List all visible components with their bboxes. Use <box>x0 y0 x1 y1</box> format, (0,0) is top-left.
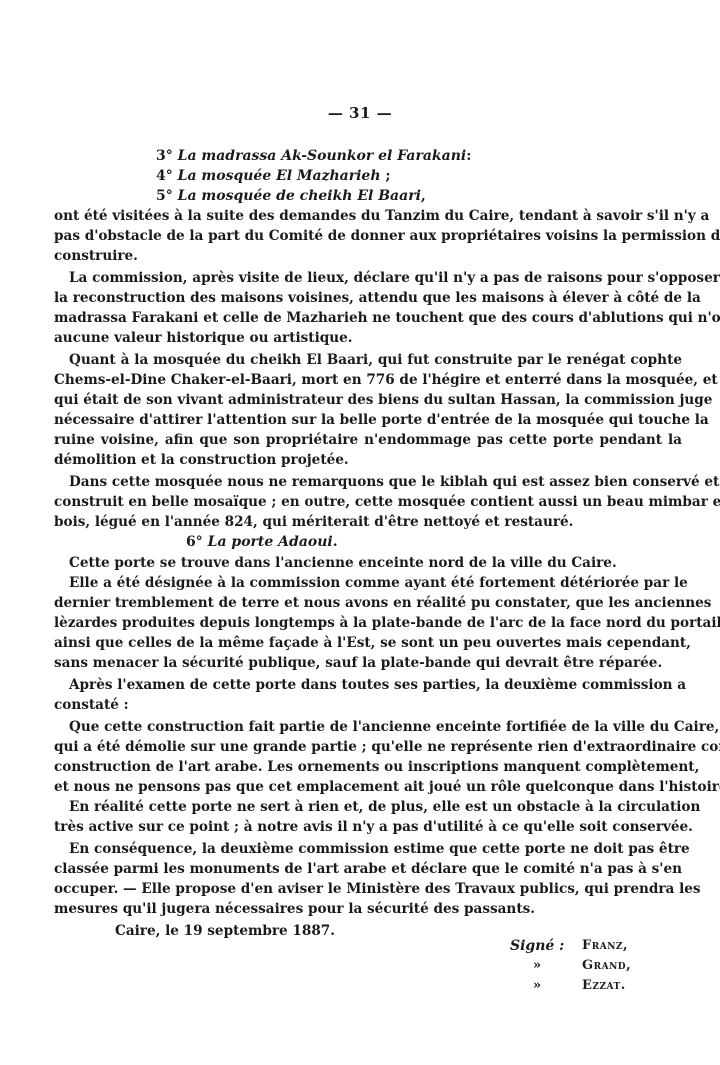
text-line: démolition et la construction projetée. <box>54 450 682 470</box>
text-line: mesures qu'il jugera nécessaires pour la… <box>54 899 682 919</box>
text-line: madrassa Farakani et celle de Mazharieh … <box>54 308 682 328</box>
text-line: dernier tremblement de terre et nous avo… <box>54 593 682 613</box>
text-line: bois, légué en l'année 824, qui méritera… <box>54 512 682 532</box>
text-line: Après l'examen de cette porte dans toute… <box>69 675 682 695</box>
text-line: Que cette construction fait partie de l'… <box>69 717 682 737</box>
page-number: — 31 — <box>0 104 720 122</box>
text-line: Cette porte se trouve dans l'ancienne en… <box>69 553 682 573</box>
document-page: — 31 — 3° La madrassa Ak-Sounkor el Fara… <box>0 0 720 1065</box>
text-line: qui était de son vivant administrateur d… <box>54 390 682 410</box>
list-item-title: La mosquée El Mazharieh <box>178 168 381 184</box>
text-line: ont été visitées à la suite des demandes… <box>54 206 682 226</box>
ditto-mark: » <box>533 976 541 996</box>
signatory-name: Grand, <box>582 956 631 976</box>
text-line: classée parmi les monuments de l'art ara… <box>54 859 682 879</box>
text-line: occuper. — Elle propose d'en aviser le M… <box>54 879 682 899</box>
list-item-6: 6° La porte Adaoui. <box>186 532 338 552</box>
text-line: qui a été démolie sur une grande partie … <box>54 737 682 757</box>
text-line: nécessaire d'attirer l'attention sur la … <box>54 410 682 430</box>
ditto-mark: » <box>533 956 541 976</box>
text-line: la reconstruction des maisons voisines, … <box>54 288 682 308</box>
dateline: Caire, le 19 septembre 1887. <box>115 923 335 939</box>
text-line: Chems-el-Dine Chaker-el-Baari, mort en 7… <box>54 370 682 390</box>
text-line: Dans cette mosquée nous ne remarquons qu… <box>69 472 682 492</box>
text-line: La commission, après visite de lieux, dé… <box>69 268 682 288</box>
text-line: En réalité cette porte ne sert à rien et… <box>69 797 682 817</box>
list-item-title: La madrassa Ak-Sounkor el Farakani <box>178 148 467 164</box>
text-line: aucune valeur historique ou artistique. <box>54 328 682 348</box>
list-item-5: 5° La mosquée de cheikh El Baari, <box>156 186 426 206</box>
list-item-title: La porte Adaoui <box>208 534 333 550</box>
text-line: sans menacer la sécurité publique, sauf … <box>54 653 682 673</box>
text-line: construit en belle mosaïque ; en outre, … <box>54 492 682 512</box>
text-line: construction de l'art arabe. Les ornemen… <box>54 757 682 777</box>
signatory-name: Franz, <box>582 936 628 956</box>
text-line: construire. <box>54 246 682 266</box>
list-item-title: La mosquée de cheikh El Baari <box>178 188 421 204</box>
text-line: ruine voisine, afin que son propriétaire… <box>54 430 682 450</box>
text-line: constaté : <box>54 695 682 715</box>
text-line: et nous ne pensons pas que cet emplaceme… <box>54 777 682 797</box>
list-item-4: 4° La mosquée El Mazharieh ; <box>156 166 391 186</box>
text-line: Quant à la mosquée du cheikh El Baari, q… <box>69 350 682 370</box>
text-line: ainsi que celles de la même façade à l'E… <box>54 633 682 653</box>
text-line: En conséquence, la deuxième commission e… <box>69 839 682 859</box>
text-line: lèzardes produites depuis longtemps à la… <box>54 613 682 633</box>
text-line: Elle a été désignée à la commission comm… <box>69 573 682 593</box>
text-line: très active sur ce point ; à notre avis … <box>54 817 682 837</box>
list-item-3: 3° La madrassa Ak-Sounkor el Farakani: <box>156 146 471 166</box>
signature-label: Signé : <box>510 936 564 957</box>
signatory-name: Ezzat. <box>582 976 626 996</box>
text-line: pas d'obstacle de la part du Comité de d… <box>54 226 682 246</box>
